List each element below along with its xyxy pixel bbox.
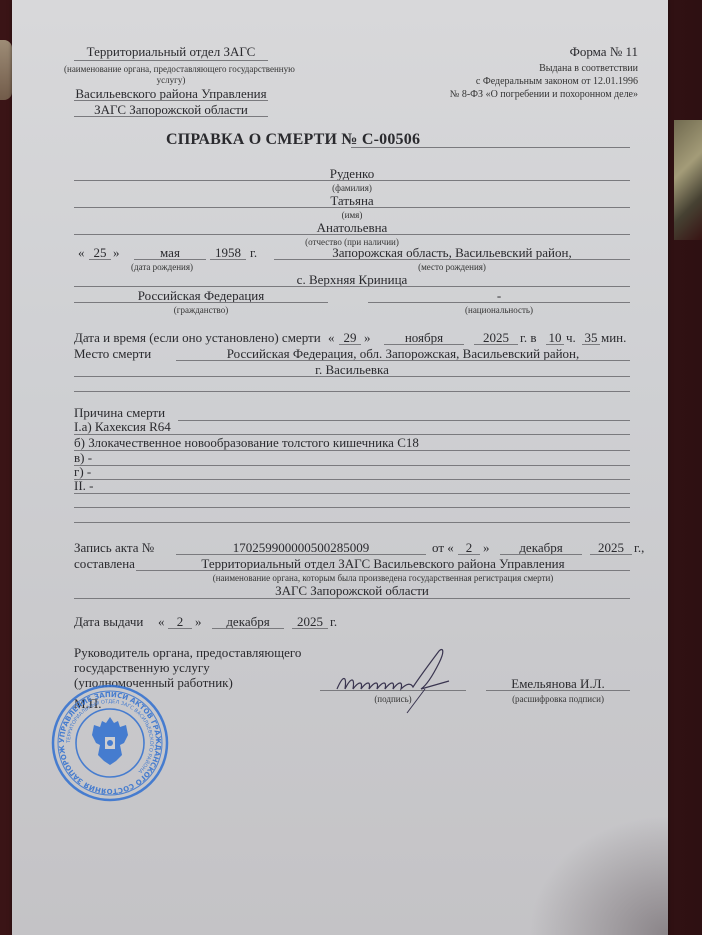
org-line-2: Васильевского района Управления bbox=[74, 86, 268, 101]
first-name-caption: (имя) bbox=[74, 210, 630, 220]
record-org-1: Территориальный отдел ЗАГС Васильевского… bbox=[136, 556, 630, 571]
surname: Руденко bbox=[74, 166, 630, 181]
birth-year-suffix: г. bbox=[250, 245, 257, 260]
org-caption-2: услугу) bbox=[64, 75, 278, 85]
death-minute-suffix: мин. bbox=[601, 330, 626, 345]
head-title-2: государственную услугу bbox=[74, 660, 210, 675]
record-org-2: ЗАГС Запорожской области bbox=[74, 583, 630, 598]
first-name: Татьяна bbox=[74, 193, 630, 208]
nationality: - bbox=[368, 288, 630, 303]
cause-item: II. - bbox=[74, 478, 94, 493]
record-year-suffix: г., bbox=[634, 540, 644, 555]
death-place-label: Место смерти bbox=[74, 346, 151, 361]
record-from-label: от « bbox=[432, 540, 454, 555]
org-caption: (наименование органа, предоставляющего г… bbox=[64, 64, 278, 74]
birth-year: 1958 bbox=[210, 245, 246, 260]
official-seal-stamp: УПРАВЛЕНИЕ ЗАПИСИ АКТОВ ГРАЖДАНСКОГО СОС… bbox=[50, 683, 170, 803]
death-day: 29 bbox=[339, 330, 361, 345]
cause-item: б) Злокачественное новообразование толст… bbox=[74, 435, 419, 450]
death-year-suffix: г. в bbox=[520, 330, 537, 345]
death-place-2: г. Васильевка bbox=[74, 362, 630, 377]
issue-year-suffix: г. bbox=[330, 614, 337, 629]
photo-shadow bbox=[528, 815, 668, 935]
issued-basis-3: № 8-ФЗ «О погребении и похоронном деле» bbox=[450, 90, 638, 100]
background-object bbox=[674, 120, 702, 240]
patronymic: Анатольевна bbox=[74, 220, 630, 235]
background-object bbox=[0, 40, 12, 100]
cause-item: в) - bbox=[74, 450, 92, 465]
issue-day: 2 bbox=[168, 614, 192, 629]
death-place-1: Российская Федерация, обл. Запорожская, … bbox=[176, 346, 630, 361]
issue-month: декабря bbox=[212, 614, 284, 629]
death-month: ноября bbox=[384, 330, 464, 345]
birth-place-caption: (место рождения) bbox=[274, 262, 630, 272]
birth-day: 25 bbox=[89, 245, 111, 260]
birth-month: мая bbox=[134, 245, 206, 260]
death-hour-suffix: ч. bbox=[566, 330, 576, 345]
signatory-name-caption: (расшифровка подписи) bbox=[486, 694, 630, 704]
nationality-caption: (национальность) bbox=[368, 305, 630, 315]
head-title-1: Руководитель органа, предоставляющего bbox=[74, 645, 301, 660]
handwritten-signature bbox=[329, 645, 459, 715]
issued-basis-2: с Федеральным законом от 12.01.1996 bbox=[476, 77, 638, 87]
death-year: 2025 bbox=[474, 330, 518, 345]
form-number: Форма № 11 bbox=[570, 44, 638, 59]
surname-caption: (фамилия) bbox=[74, 183, 630, 193]
record-year: 2025 bbox=[590, 540, 632, 555]
cause-label: Причина смерти bbox=[74, 405, 165, 420]
birth-quote-close: » bbox=[113, 245, 120, 260]
title-label: СПРАВКА О СМЕРТИ № bbox=[166, 131, 358, 148]
death-certificate-paper: Территориальный отдел ЗАГС (наименование… bbox=[12, 0, 668, 935]
birth-place-2: с. Верхняя Криница bbox=[74, 272, 630, 287]
cause-item: I.а) Кахексия R64 bbox=[74, 419, 171, 434]
issued-basis-1: Выдана в соответствии bbox=[539, 64, 638, 74]
death-hour: 10 bbox=[546, 330, 564, 345]
citizenship: Российская Федерация bbox=[74, 288, 328, 303]
certificate-number: С-00506 bbox=[362, 131, 420, 148]
birth-quote-open: « bbox=[78, 245, 85, 260]
death-minute: 35 bbox=[582, 330, 600, 345]
birth-date-caption: (дата рождения) bbox=[112, 262, 212, 272]
coat-of-arms-icon bbox=[92, 717, 128, 765]
issue-date-label: Дата выдачи bbox=[74, 614, 143, 629]
composed-label: составлена bbox=[74, 556, 135, 571]
record-label: Запись акта № bbox=[74, 540, 154, 555]
record-month: декабря bbox=[500, 540, 582, 555]
birth-place-1: Запорожская область, Васильевский район, bbox=[274, 245, 630, 260]
record-number: 170259900000500285009 bbox=[176, 540, 426, 555]
record-org-caption: (наименование органа, которым была произ… bbox=[136, 573, 630, 583]
death-datetime-label: Дата и время (если оно установлено) смер… bbox=[74, 330, 321, 345]
citizenship-caption: (гражданство) bbox=[74, 305, 328, 315]
issue-year: 2025 bbox=[292, 614, 328, 629]
signatory-name: Емельянова И.Л. bbox=[486, 676, 630, 691]
org-line-1: Территориальный отдел ЗАГС bbox=[74, 44, 268, 59]
cause-item: г) - bbox=[74, 464, 91, 479]
record-day: 2 bbox=[458, 540, 480, 555]
org-line-3: ЗАГС Запорожской области bbox=[74, 102, 268, 117]
